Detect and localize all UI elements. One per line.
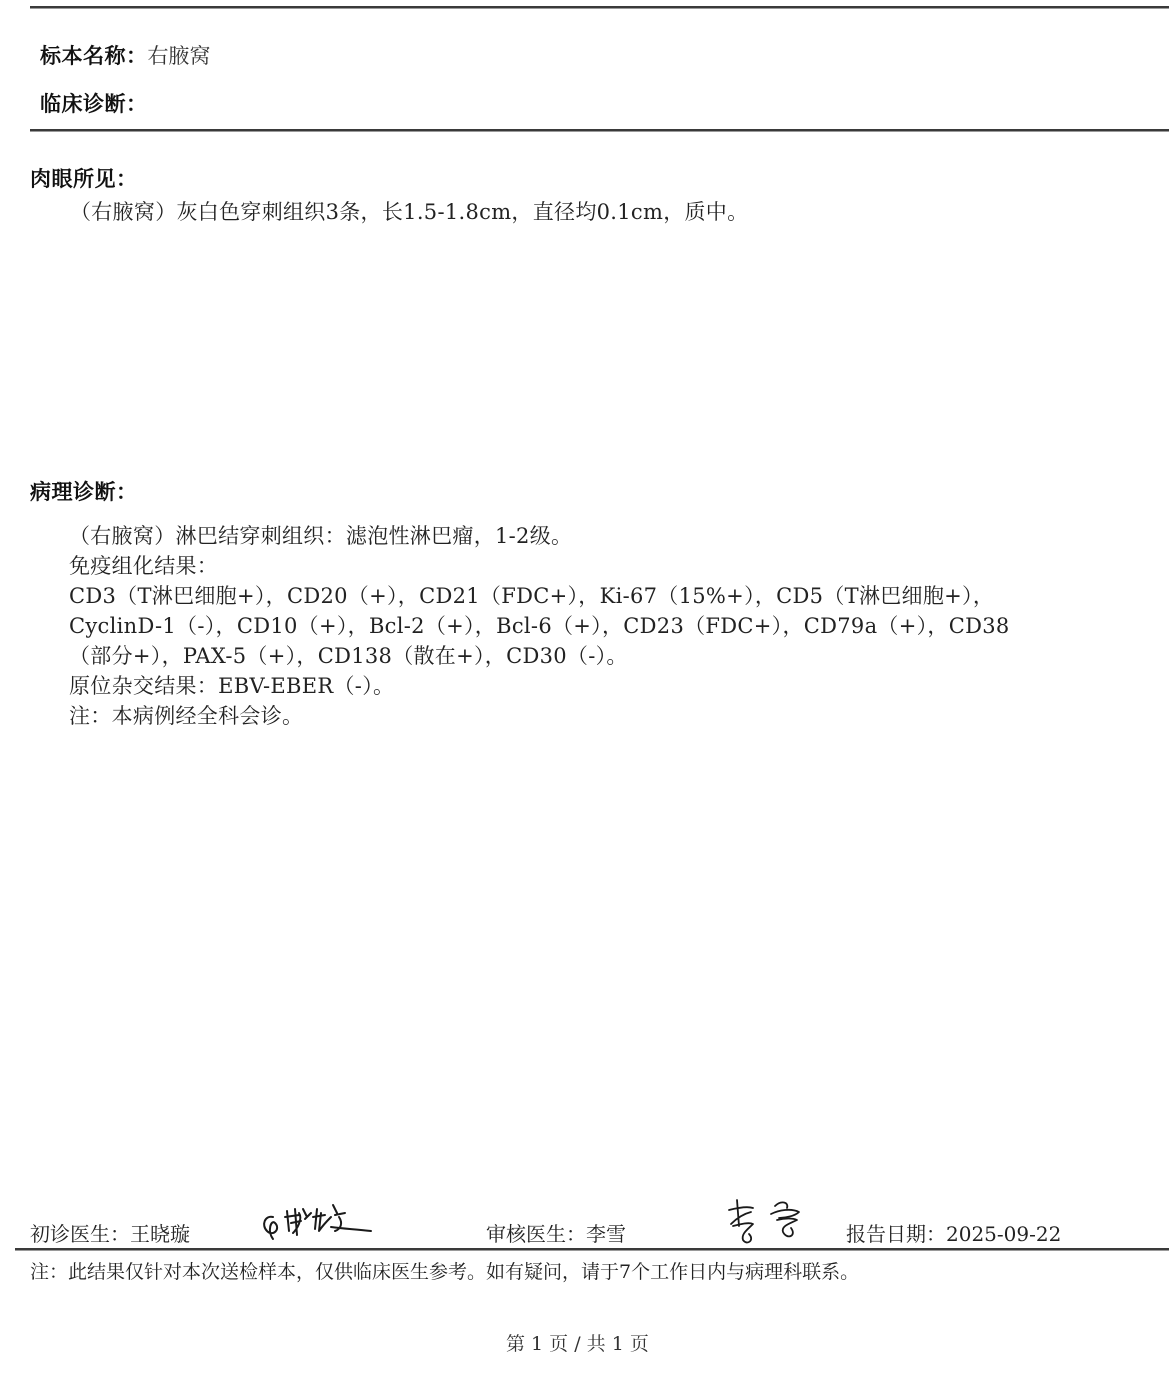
- ish-result-line: 原位杂交结果：EBV-EBER（-）。: [69, 671, 1010, 701]
- reviewer-signature-icon: [725, 1196, 815, 1248]
- gross-findings-heading: 肉眼所见：: [30, 163, 138, 193]
- specimen-value: 右腋窝: [148, 44, 211, 68]
- header-divider: [30, 129, 1169, 132]
- initial-doctor-label: 初诊医生：: [30, 1222, 130, 1246]
- initial-doctor-signature-icon: [255, 1195, 375, 1245]
- reviewer-field: 审核医生：李雪: [486, 1218, 626, 1247]
- initial-doctor-name: 王晓璇: [130, 1222, 190, 1246]
- report-date-label: 报告日期：: [846, 1222, 946, 1246]
- ihc-result-line: （部分+），PAX-5（+），CD138（散在+），CD30（-）。: [69, 641, 1010, 671]
- pathology-diagnosis-body: （右腋窝）淋巴结穿刺组织：滤泡性淋巴瘤，1-2级。 免疫组化结果： CD3（T淋…: [69, 521, 1010, 731]
- reviewer-label: 审核医生：: [486, 1222, 586, 1246]
- report-date-field: 报告日期：2025-09-22: [846, 1218, 1061, 1247]
- report-date-value: 2025-09-22: [946, 1222, 1061, 1246]
- footer-divider: [15, 1248, 1169, 1251]
- reviewer-name: 李雪: [586, 1222, 626, 1246]
- specimen-label: 标本名称：: [40, 44, 148, 68]
- top-divider: [30, 6, 1169, 9]
- clinical-diagnosis-label: 临床诊断：: [40, 92, 148, 116]
- ihc-result-line: CD3（T淋巴细胞+），CD20（+），CD21（FDC+），Ki-67（15%…: [69, 581, 1010, 611]
- specimen-field: 标本名称：右腋窝: [40, 40, 211, 70]
- pathology-diagnosis-heading: 病理诊断：: [30, 476, 138, 506]
- clinical-diagnosis-field: 临床诊断：: [40, 88, 148, 118]
- page-indicator: 第 1 页 / 共 1 页: [506, 1329, 649, 1356]
- ihc-result-line: CyclinD-1（-），CD10（+），Bcl-2（+），Bcl-6（+），C…: [69, 611, 1010, 641]
- gross-findings-text: （右腋窝）灰白色穿刺组织3条，长1.5-1.8cm，直径均0.1cm，质中。: [70, 197, 748, 227]
- consultation-note-line: 注：本病例经全科会诊。: [69, 701, 1010, 731]
- diagnosis-line: （右腋窝）淋巴结穿刺组织：滤泡性淋巴瘤，1-2级。: [69, 521, 1010, 551]
- ihc-heading-line: 免疫组化结果：: [69, 551, 1010, 581]
- initial-doctor-field: 初诊医生：王晓璇: [30, 1218, 190, 1247]
- disclaimer-note: 注：此结果仅针对本次送检样本，仅供临床医生参考。如有疑问，请于7个工作日内与病理…: [30, 1257, 859, 1284]
